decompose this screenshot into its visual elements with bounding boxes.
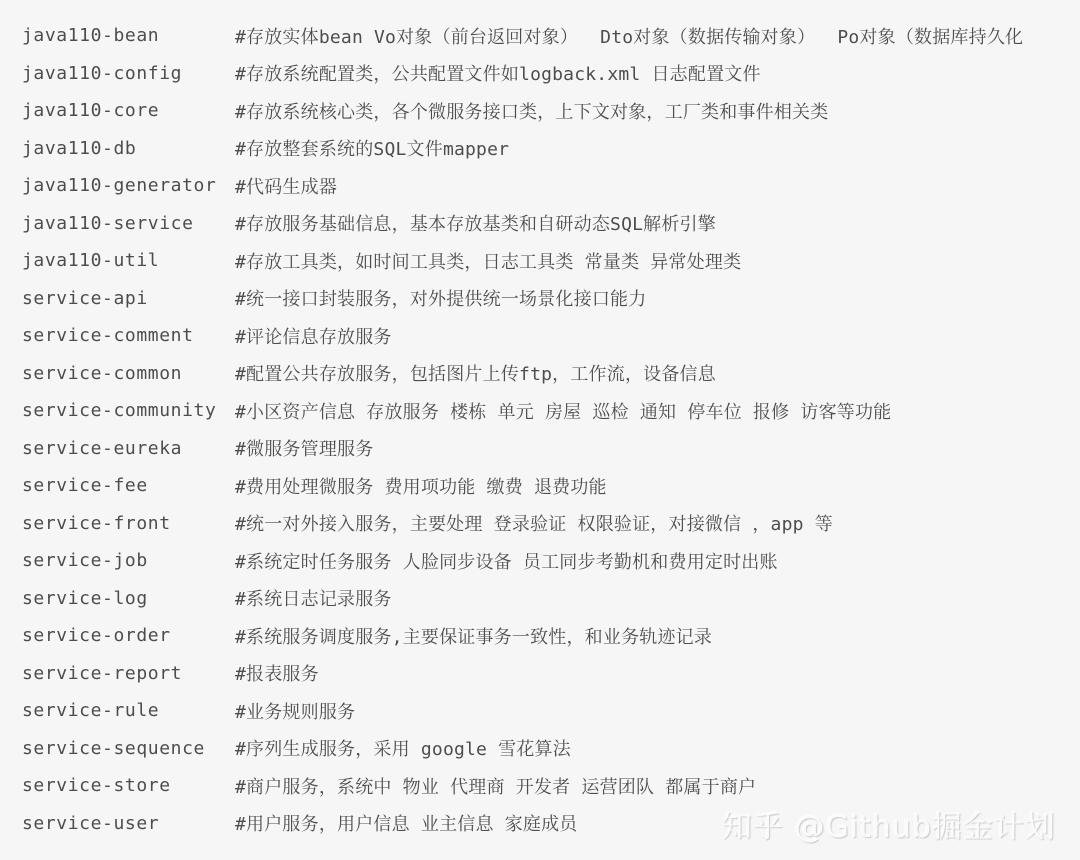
module-row: java110-core #存放系统核心类，各个微服务接口类，上下文对象，工厂类… <box>22 92 1080 130</box>
module-name: service-eureka <box>22 438 235 459</box>
module-row: service-api #统一接口封装服务，对外提供统一场景化接口能力 <box>22 280 1080 318</box>
module-name: service-user <box>22 813 235 834</box>
module-row: service-log #系统日志记录服务 <box>22 580 1080 618</box>
module-name: service-order <box>22 625 235 646</box>
module-name: java110-util <box>22 250 235 271</box>
module-row: service-job #系统定时任务服务 人脸同步设备 员工同步考勤机和费用定… <box>22 542 1080 580</box>
module-row: service-user #用户服务，用户信息 业主信息 家庭成员 <box>22 805 1080 843</box>
module-description: #小区资产信息 存放服务 楼栋 单元 房屋 巡检 通知 停车位 报修 访客等功能 <box>235 398 891 424</box>
module-name: java110-bean <box>22 25 235 46</box>
module-name: service-community <box>22 400 235 421</box>
module-description: #费用处理微服务 费用项功能 缴费 退费功能 <box>235 473 607 499</box>
module-description: #报表服务 <box>235 660 319 686</box>
module-description: #存放系统配置类，公共配置文件如logback.xml 日志配置文件 <box>235 60 761 86</box>
module-row: java110-bean #存放实体bean Vo对象（前台返回对象） Dto对… <box>22 17 1080 55</box>
module-description: #配置公共存放服务，包括图片上传ftp，工作流，设备信息 <box>235 360 716 386</box>
module-row: service-community #小区资产信息 存放服务 楼栋 单元 房屋 … <box>22 392 1080 430</box>
module-row: java110-config #存放系统配置类，公共配置文件如logback.x… <box>22 55 1080 93</box>
module-row: service-report #报表服务 <box>22 655 1080 693</box>
module-row: service-fee #费用处理微服务 费用项功能 缴费 退费功能 <box>22 467 1080 505</box>
module-description: #存放系统核心类，各个微服务接口类，上下文对象，工厂类和事件相关类 <box>235 98 828 124</box>
module-row: java110-generator #代码生成器 <box>22 167 1080 205</box>
module-description: #存放工具类，如时间工具类，日志工具类 常量类 异常处理类 <box>235 248 741 274</box>
module-description: #系统日志记录服务 <box>235 585 392 611</box>
module-description: #统一对外接入服务，主要处理 登录验证 权限验证，对接微信 ，app 等 <box>235 510 833 536</box>
module-name: java110-service <box>22 213 235 234</box>
module-name: service-api <box>22 288 235 309</box>
module-row: service-common #配置公共存放服务，包括图片上传ftp，工作流，设… <box>22 355 1080 393</box>
module-row: java110-db #存放整套系统的SQL文件mapper <box>22 130 1080 168</box>
module-description: #存放服务基础信息，基本存放基类和自研动态SQL解析引擎 <box>235 210 716 236</box>
module-description: #存放实体bean Vo对象（前台返回对象） Dto对象（数据传输对象） Po对… <box>235 23 1023 49</box>
module-name: service-common <box>22 363 235 384</box>
module-name: service-fee <box>22 475 235 496</box>
module-row: service-order #系统服务调度服务,主要保证事务一致性，和业务轨迹记… <box>22 617 1080 655</box>
module-name: java110-config <box>22 63 235 84</box>
module-name: java110-core <box>22 100 235 121</box>
module-description: #用户服务，用户信息 业主信息 家庭成员 <box>235 810 578 836</box>
module-row: service-front #统一对外接入服务，主要处理 登录验证 权限验证，对… <box>22 505 1080 543</box>
module-row: service-store #商户服务，系统中 物业 代理商 开发者 运营团队 … <box>22 767 1080 805</box>
module-description: #系统服务调度服务,主要保证事务一致性，和业务轨迹记录 <box>235 623 712 649</box>
module-name: service-report <box>22 663 235 684</box>
module-description: #系统定时任务服务 人脸同步设备 员工同步考勤机和费用定时出账 <box>235 548 778 574</box>
module-row: service-eureka #微服务管理服务 <box>22 430 1080 468</box>
module-description: #序列生成服务，采用 google 雪花算法 <box>235 735 571 761</box>
module-row: java110-util #存放工具类，如时间工具类，日志工具类 常量类 异常处… <box>22 242 1080 280</box>
module-name: service-log <box>22 588 235 609</box>
module-description: #存放整套系统的SQL文件mapper <box>235 135 509 161</box>
module-name: service-store <box>22 775 235 796</box>
module-description: #统一接口封装服务，对外提供统一场景化接口能力 <box>235 285 646 311</box>
module-list: java110-bean #存放实体bean Vo对象（前台返回对象） Dto对… <box>0 0 1080 842</box>
module-row: service-rule #业务规则服务 <box>22 692 1080 730</box>
module-row: service-comment #评论信息存放服务 <box>22 317 1080 355</box>
module-name: service-rule <box>22 700 235 721</box>
module-name: service-front <box>22 513 235 534</box>
module-description: #评论信息存放服务 <box>235 323 392 349</box>
module-description: #微服务管理服务 <box>235 435 373 461</box>
module-name: service-comment <box>22 325 235 346</box>
module-description: #代码生成器 <box>235 173 337 199</box>
module-name: service-sequence <box>22 738 235 759</box>
module-description: #业务规则服务 <box>235 698 355 724</box>
module-description: #商户服务，系统中 物业 代理商 开发者 运营团队 都属于商户 <box>235 773 756 799</box>
module-name: service-job <box>22 550 235 571</box>
module-name: java110-generator <box>22 175 235 196</box>
module-name: java110-db <box>22 138 235 159</box>
module-row: service-sequence #序列生成服务，采用 google 雪花算法 <box>22 730 1080 768</box>
module-row: java110-service #存放服务基础信息，基本存放基类和自研动态SQL… <box>22 205 1080 243</box>
